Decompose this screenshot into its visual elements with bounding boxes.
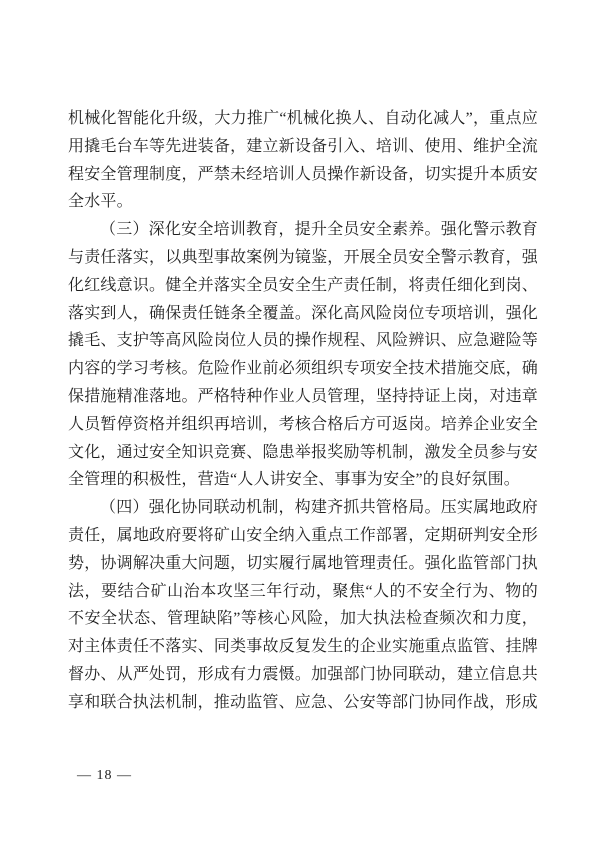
document-body: 机械化智能化升级，大力推广“机械化换人、自动化减人”，重点应用撬毛台车等先进装备…: [68, 105, 538, 717]
paragraph-section-3: （三）深化安全培训教育，提升全员安全素养。强化警示教育与责任落实，以典型事故案例…: [68, 216, 538, 494]
paragraph-section-4: （四）强化协同联动机制，构建齐抓共管格局。压实属地政府责任，属地政府要将矿山安全…: [68, 494, 538, 716]
paragraph-section-3-body: 强化警示教育与责任落实，以典型事故案例为镜鉴，开展全员安全警示教育，强化红线意识…: [68, 221, 538, 488]
paragraph-section-3-lead: （三）深化安全培训教育，提升全员安全素养。: [100, 221, 441, 238]
paragraph-section-4-lead: （四）强化协同联动机制，构建齐抓共管格局。: [100, 499, 441, 516]
paragraph-continuation: 机械化智能化升级，大力推广“机械化换人、自动化减人”，重点应用撬毛台车等先进装备…: [68, 105, 538, 216]
document-page: 机械化智能化升级，大力推广“机械化换人、自动化减人”，重点应用撬毛台车等先进装备…: [0, 0, 600, 849]
paragraph-section-4-body: 压实属地政府责任，属地政府要将矿山安全纳入重点工作部署，定期研判安全形势，协调解…: [68, 499, 538, 711]
page-number: — 18 —: [77, 768, 132, 784]
